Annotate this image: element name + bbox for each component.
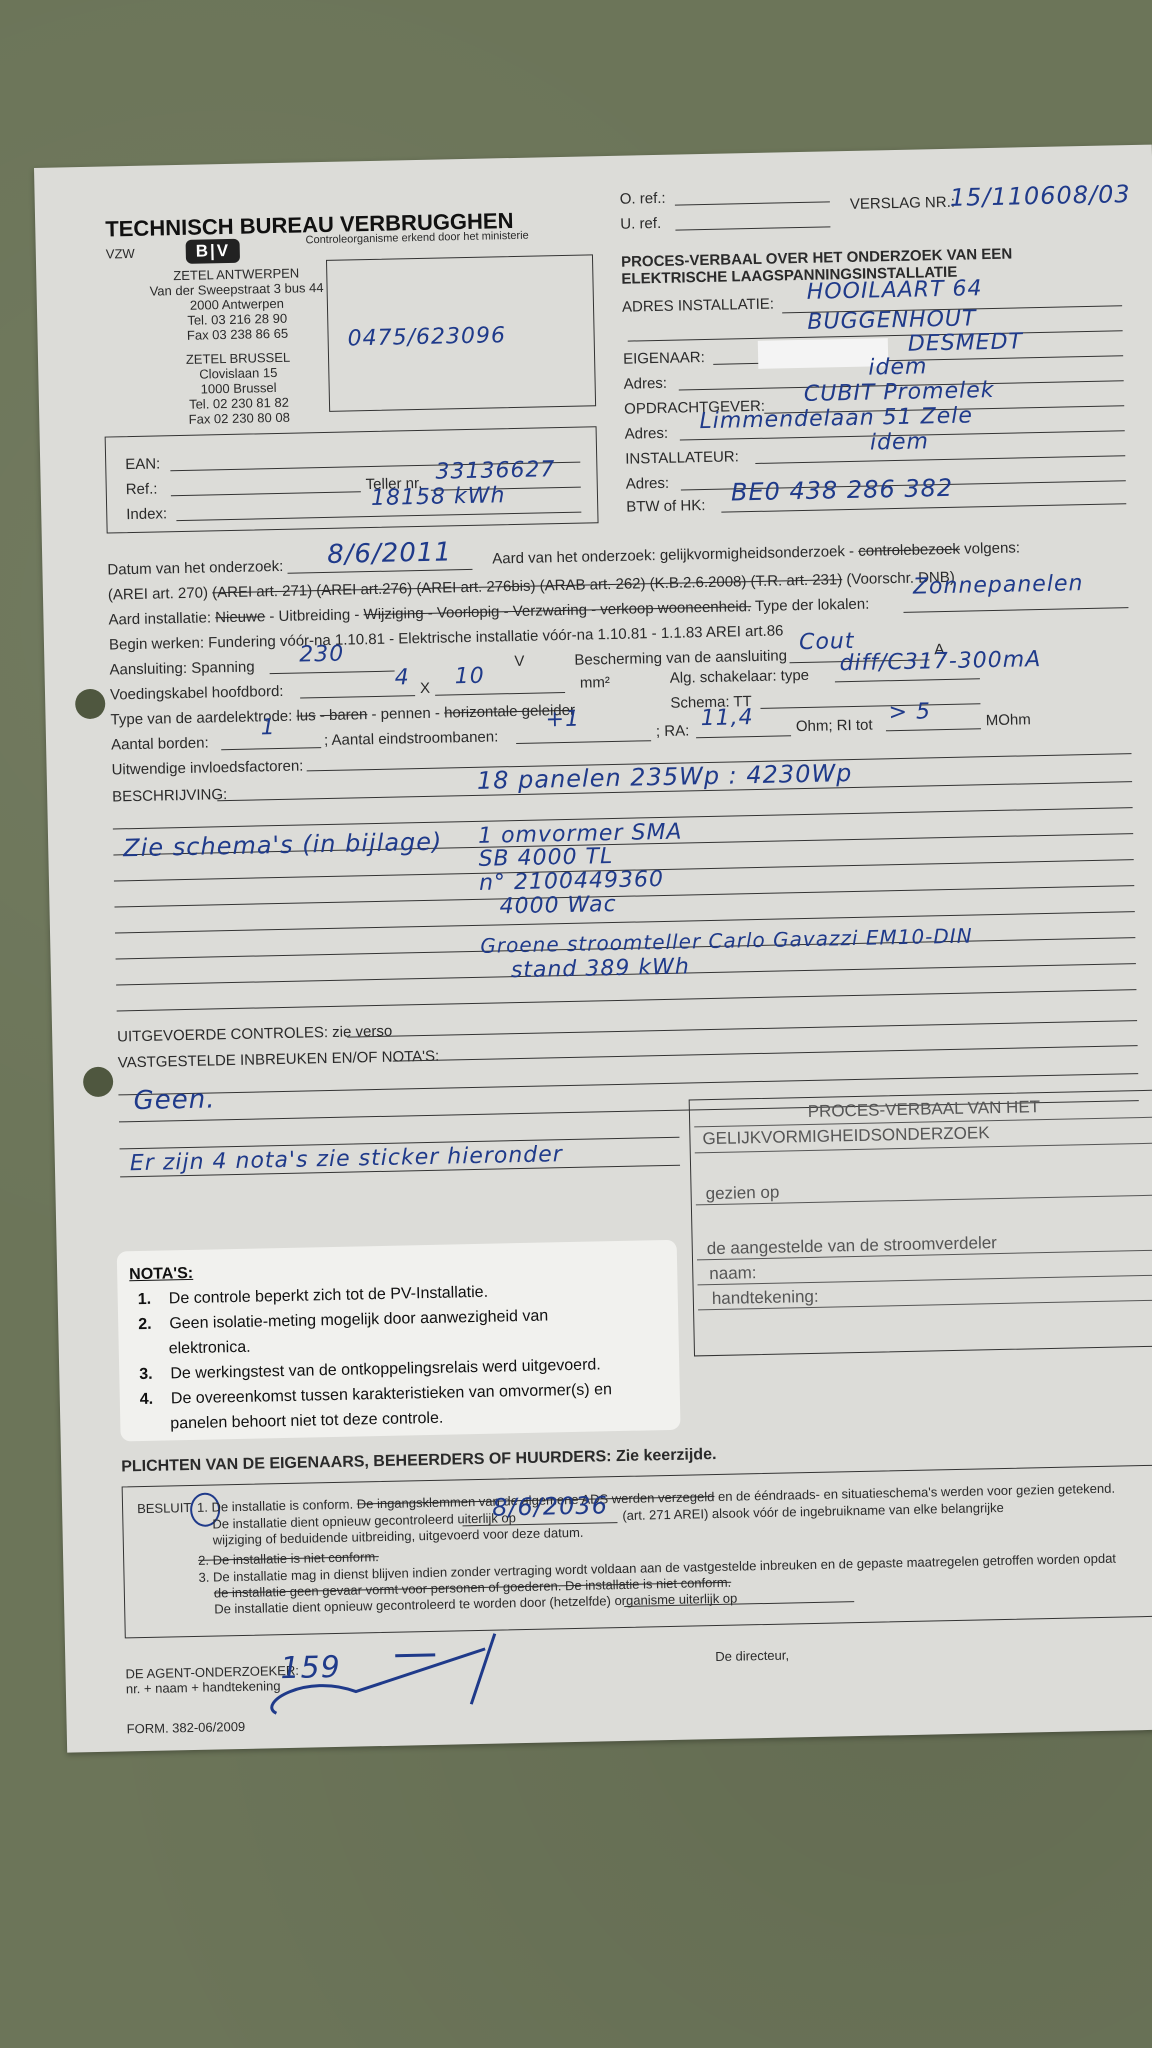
eigenaar-value[interactable]: DESMEDT xyxy=(908,329,1024,356)
punch-hole-bottom xyxy=(83,1067,114,1098)
punch-hole-top xyxy=(75,689,106,720)
field-line xyxy=(886,728,981,731)
u-ref-field[interactable] xyxy=(675,226,830,230)
beschrijving-label: BESCHRIJVING: xyxy=(112,786,227,805)
verslag-value: 15/110608/03 xyxy=(950,180,1131,212)
schakelaar-value[interactable]: diff/C317-300mA xyxy=(839,647,1041,676)
spanning-unit: V xyxy=(514,653,524,670)
aard-onderzoek: Aard van het onderzoek: gelijkvormigheid… xyxy=(492,539,1020,567)
btw-label: BTW of HK: xyxy=(626,497,706,516)
nota-1: 1. De controle beperkt zich tot de PV-In… xyxy=(138,1284,489,1309)
datum-label: Datum van het onderzoek: xyxy=(107,558,283,579)
bescherming-label: Bescherming van de aansluiting xyxy=(574,647,787,668)
ra-value[interactable]: 11,4 xyxy=(700,705,753,731)
brussels-address: ZETEL BRUSSELClovislaan 151000 BrusselTe… xyxy=(118,348,360,428)
field-line xyxy=(755,455,1125,464)
voedingskabel-unit: mm² xyxy=(580,674,610,692)
field-line xyxy=(347,1020,1137,1038)
handtekening-label: handtekening: xyxy=(712,1287,819,1309)
ohm-label: Ohm; RI tot xyxy=(796,717,873,736)
stamp-box-value: 0475/623096 xyxy=(347,323,506,351)
field-line xyxy=(696,735,791,738)
ri-value[interactable]: > 5 xyxy=(888,699,931,725)
borden-label: Aantal borden: xyxy=(111,734,209,753)
field-line xyxy=(288,569,473,574)
u-ref-label: U. ref. xyxy=(620,215,661,233)
notes-sticker: NOTA'S: 1. De controle beperkt zich tot … xyxy=(117,1240,681,1442)
voedingskabel-section[interactable]: 10 xyxy=(454,664,485,690)
btw-value[interactable]: BE0 438 286 382 xyxy=(731,474,954,507)
nota-3: 3. De werkingstest van de ontkoppelingsr… xyxy=(139,1356,601,1384)
aardelektrode: Type van de aardelektrode: lus - baren -… xyxy=(110,702,575,729)
eigenaar-label: EIGENAAR: xyxy=(623,349,705,368)
inspection-report-paper: TECHNISCH BUREAU VERBRUGGHEN VZW B|V Con… xyxy=(34,145,1152,1753)
nota-4-cont: panelen behoort niet tot deze controle. xyxy=(170,1410,443,1434)
beschrijving-line-5: 4000 Wac xyxy=(499,892,617,919)
adres-installatie-label: ADRES INSTALLATIE: xyxy=(622,296,774,316)
beschrijving-line-6: Groene stroomteller Carlo Gavazzi EM10-D… xyxy=(480,924,973,958)
schakelaar-label: Alg. schakelaar: type xyxy=(670,667,810,687)
field-line xyxy=(300,695,415,698)
spanning-value[interactable]: 230 xyxy=(299,642,345,668)
spanning-label: Aansluiting: Spanning xyxy=(109,658,254,678)
datum-value[interactable]: 8/6/2011 xyxy=(327,537,452,570)
field-line xyxy=(117,989,1137,1011)
beschrijving-line-4: n° 2100449360 xyxy=(479,867,664,896)
nota-2-cont: elektronica. xyxy=(169,1339,251,1359)
o-ref-label: O. ref.: xyxy=(620,190,666,208)
voedingskabel-cores[interactable]: 4 xyxy=(394,665,410,690)
eindstroombanen-label: ; Aantal eindstroombanen: xyxy=(324,728,499,749)
opdrachtgever-adres-label: Adres: xyxy=(625,425,669,443)
plichten-heading: PLICHTEN VAN DE EIGENAARS, BEHEERDERS OF… xyxy=(121,1446,717,1476)
field-line xyxy=(270,671,395,675)
legal-form: VZW xyxy=(106,246,135,262)
verslag-label: VERSLAG NR.: xyxy=(850,194,955,213)
nota-2: 2. Geen isolatie-meting mogelijk door aa… xyxy=(138,1307,548,1334)
installateur-label: INSTALLATEUR: xyxy=(625,448,739,467)
borden-value[interactable]: 1 xyxy=(261,715,277,740)
installateur-value[interactable]: idem xyxy=(870,429,930,455)
ean-label: EAN: xyxy=(125,455,160,473)
beschrijving-line-1: 18 panelen 235Wp : 4230Wp xyxy=(477,759,853,795)
eindstroombanen-value[interactable]: +1 xyxy=(545,707,580,733)
beschrijving-line-7: stand 389 kWh xyxy=(511,954,690,983)
mohm-label: MOhm xyxy=(986,711,1031,729)
uitgevoerd-label: UITGEVOERDE CONTROLES: zie verso xyxy=(117,1023,392,1046)
ra-label: ; RA: xyxy=(656,722,690,740)
index-value[interactable]: 18158 kWh xyxy=(371,483,506,511)
invloed-label: Uitwendige invloedsfactoren: xyxy=(111,757,303,778)
field-line xyxy=(435,692,565,696)
schema-field[interactable] xyxy=(760,703,980,709)
field-line xyxy=(516,740,651,744)
installateur-adres-label: Adres: xyxy=(626,475,670,493)
field-line xyxy=(903,607,1128,613)
nota-4: 4. De overeenkomst tussen karakteristiek… xyxy=(140,1381,612,1409)
agent-signature xyxy=(245,1628,527,1724)
eigenaar-adres-label: Adres: xyxy=(623,375,667,393)
beschrijving-left-note: Zie schema's (in bijlage) xyxy=(123,828,443,863)
gezien-op-label: gezien op xyxy=(705,1183,779,1205)
index-label: Index: xyxy=(126,505,167,523)
btv-logo: B|V xyxy=(186,239,241,264)
inbreuken-value: Geen. xyxy=(133,1084,216,1116)
besluit-label: BESLUIT xyxy=(137,1500,191,1516)
notas-title: NOTA'S: xyxy=(129,1265,193,1284)
directeur-label: De directeur, xyxy=(715,1648,789,1665)
naam-label: naam: xyxy=(709,1263,757,1284)
opdrachtgever-adres[interactable]: Limmendelaan 51 Zele xyxy=(699,403,973,434)
o-ref-field[interactable] xyxy=(675,201,830,205)
field-line xyxy=(221,747,321,750)
eigenaar-adres[interactable]: idem xyxy=(868,354,928,380)
inbreuken-label: VASTGESTELDE INBREUKEN EN/OF NOTA'S: xyxy=(118,1048,440,1072)
teller-value[interactable]: 33136627 xyxy=(435,457,555,485)
ref-label: Ref.: xyxy=(126,480,158,498)
form-number: FORM. 382-06/2009 xyxy=(127,1719,246,1736)
antwerp-address: ZETEL ANTWERPENVan der Sweepstraat 3 bus… xyxy=(116,264,358,344)
voedingskabel-label: Voedingskabel hoofdbord: xyxy=(110,683,284,704)
adres-installatie-1[interactable]: HOOILAART 64 xyxy=(807,276,983,305)
voedingskabel-x: X xyxy=(420,680,430,697)
type-lokalen-value[interactable]: Zonnepanelen xyxy=(913,571,1084,600)
besluit-recheck-date[interactable]: 8/6/2036 xyxy=(492,1491,608,1521)
field-line xyxy=(835,678,980,682)
field-line xyxy=(393,1045,1138,1062)
field-line xyxy=(118,1073,1138,1095)
